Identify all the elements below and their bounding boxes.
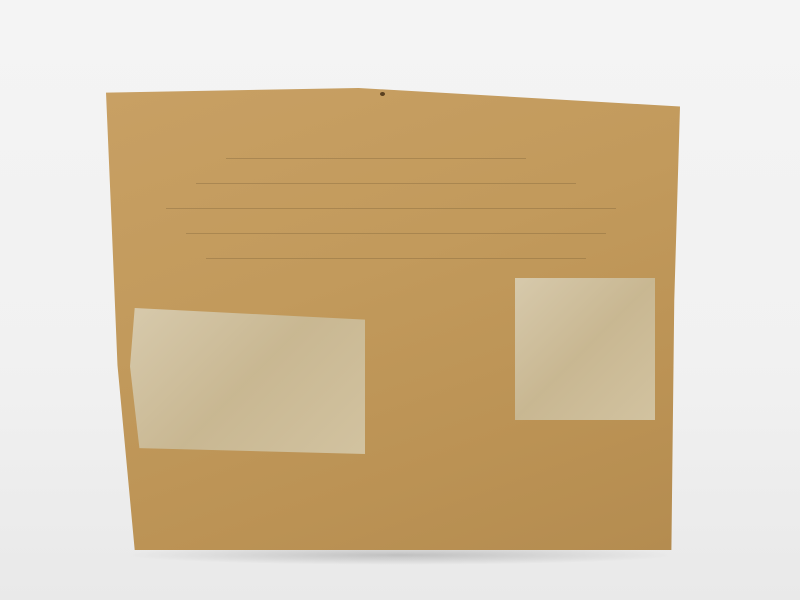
box-hole xyxy=(380,92,385,96)
faded-print-line xyxy=(196,183,576,184)
faded-print-line xyxy=(186,233,606,234)
faded-print-line xyxy=(226,158,526,159)
faded-print-line xyxy=(166,208,616,209)
faded-print-line xyxy=(206,258,586,259)
tape-patch-right xyxy=(515,278,655,420)
tape-patch-left xyxy=(130,308,365,454)
